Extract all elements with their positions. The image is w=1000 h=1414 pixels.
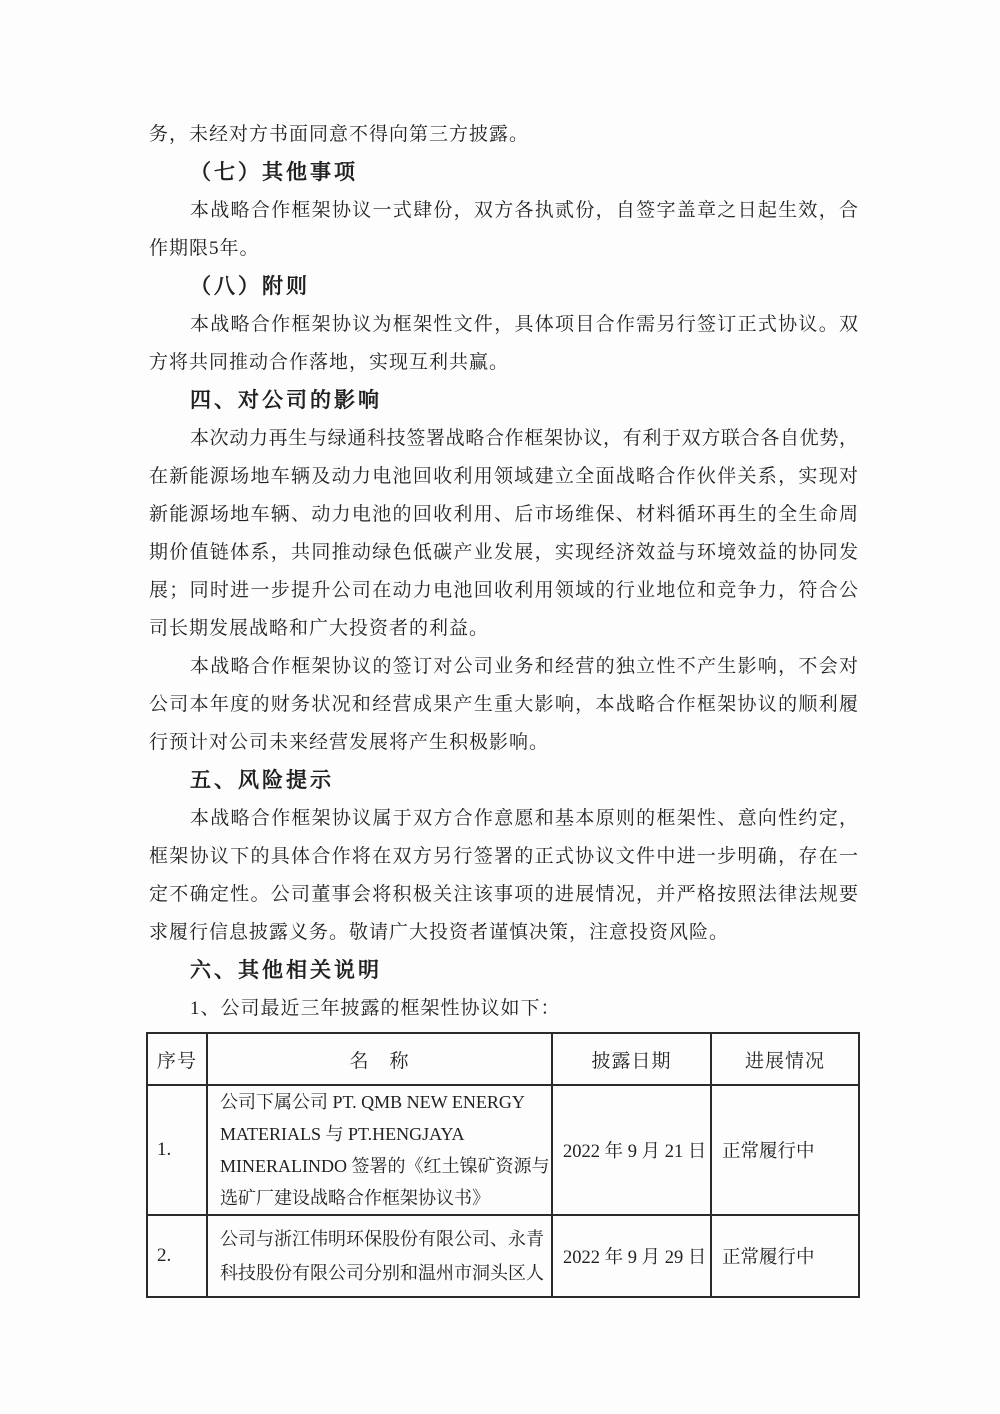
disclosure-table: 序号 名 称 披露日期 进展情况 1. 公司下属公司 PT. QMB NEW E…	[146, 1032, 860, 1298]
cell-name-line: 公司与浙江伟明环保股份有限公司、永青	[220, 1222, 551, 1256]
table-header-date: 披露日期	[552, 1033, 711, 1085]
paragraph-line: 行预计对公司未来经营发展将产生积极影响。	[149, 724, 858, 762]
cell-name-line: 科技股份有限公司分别和温州市洞头区人	[220, 1256, 551, 1290]
notes-intro-line: 1、公司最近三年披露的框架性协议如下：	[149, 990, 858, 1028]
cell-index: 1.	[147, 1085, 207, 1215]
paragraph-line: 展；同时进一步提升公司在动力电池回收利用领域的行业地位和竞争力，符合公	[149, 572, 858, 610]
cell-date: 2022 年 9 月 21 日	[552, 1085, 711, 1215]
paragraph-line: 作期限5年。	[149, 230, 858, 268]
document-page: 务，未经对方书面同意不得向第三方披露。 （七）其他事项 本战略合作框架协议一式肆…	[0, 0, 1000, 1414]
table-row: 2. 公司与浙江伟明环保股份有限公司、永青 科技股份有限公司分别和温州市洞头区人…	[147, 1215, 859, 1297]
paragraph-line: 在新能源场地车辆及动力电池回收利用领域建立全面战略合作伙伴关系，实现对	[149, 458, 858, 496]
table-header-row: 序号 名 称 披露日期 进展情况	[147, 1033, 859, 1085]
paragraph-line: 本战略合作框架协议的签订对公司业务和经营的独立性不产生影响，不会对	[149, 648, 858, 686]
paragraph-line: 框架协议下的具体合作将在双方另行签署的正式协议文件中进一步明确，存在一	[149, 838, 858, 876]
paragraph-line: 定不确定性。公司董事会将积极关注该事项的进展情况，并严格按照法律法规要	[149, 876, 858, 914]
table-header-status: 进展情况	[711, 1033, 859, 1085]
table-header-name: 名 称	[207, 1033, 552, 1085]
cell-index: 2.	[147, 1215, 207, 1297]
cell-date: 2022 年 9 月 29 日	[552, 1215, 711, 1297]
cell-status: 正常履行中	[711, 1215, 859, 1297]
section-heading-notes: 六、其他相关说明	[149, 952, 858, 990]
paragraph-line: 本战略合作框架协议为框架性文件，具体项目合作需另行签订正式协议。双	[149, 306, 858, 344]
section-heading-other-matters: （七）其他事项	[149, 154, 858, 192]
paragraph-line: 方将共同推动合作落地，实现互利共赢。	[149, 344, 858, 382]
paragraph-line: 司长期发展战略和广大投资者的利益。	[149, 610, 858, 648]
section-heading-impact: 四、对公司的影响	[149, 382, 858, 420]
cell-status: 正常履行中	[711, 1085, 859, 1215]
section-heading-risk: 五、风险提示	[149, 762, 858, 800]
section-heading-supplementary: （八）附则	[149, 268, 858, 306]
cell-name: 公司与浙江伟明环保股份有限公司、永青 科技股份有限公司分别和温州市洞头区人	[207, 1215, 552, 1297]
table-row: 1. 公司下属公司 PT. QMB NEW ENERGY MATERIALS 与…	[147, 1085, 859, 1215]
paragraph-line: 本战略合作框架协议属于双方合作意愿和基本原则的框架性、意向性约定，	[149, 800, 858, 838]
tail-paragraph-line: 务，未经对方书面同意不得向第三方披露。	[149, 116, 858, 154]
table-header-index: 序号	[147, 1033, 207, 1085]
paragraph-line: 求履行信息披露义务。敬请广大投资者谨慎决策，注意投资风险。	[149, 914, 858, 952]
document-body: 务，未经对方书面同意不得向第三方披露。 （七）其他事项 本战略合作框架协议一式肆…	[149, 116, 858, 1028]
paragraph-line: 本战略合作框架协议一式肆份，双方各执贰份，自签字盖章之日起生效，合	[149, 192, 858, 230]
cell-name-line: MINERALINDO 签署的《红土镍矿资源与	[220, 1150, 551, 1182]
cell-name-line: 公司下属公司 PT. QMB NEW ENERGY	[220, 1086, 551, 1118]
paragraph-line: 期价值链体系，共同推动绿色低碳产业发展，实现经济效益与环境效益的协同发	[149, 534, 858, 572]
paragraph-line: 公司本年度的财务状况和经营成果产生重大影响，本战略合作框架协议的顺利履	[149, 686, 858, 724]
paragraph-line: 本次动力再生与绿通科技签署战略合作框架协议，有利于双方联合各自优势，	[149, 420, 858, 458]
cell-name: 公司下属公司 PT. QMB NEW ENERGY MATERIALS 与 PT…	[207, 1085, 552, 1215]
cell-name-line: 选矿厂建设战略合作框架协议书》	[220, 1182, 551, 1214]
paragraph-line: 新能源场地车辆、动力电池的回收利用、后市场维保、材料循环再生的全生命周	[149, 496, 858, 534]
cell-name-line: MATERIALS 与 PT.HENGJAYA	[220, 1118, 551, 1150]
